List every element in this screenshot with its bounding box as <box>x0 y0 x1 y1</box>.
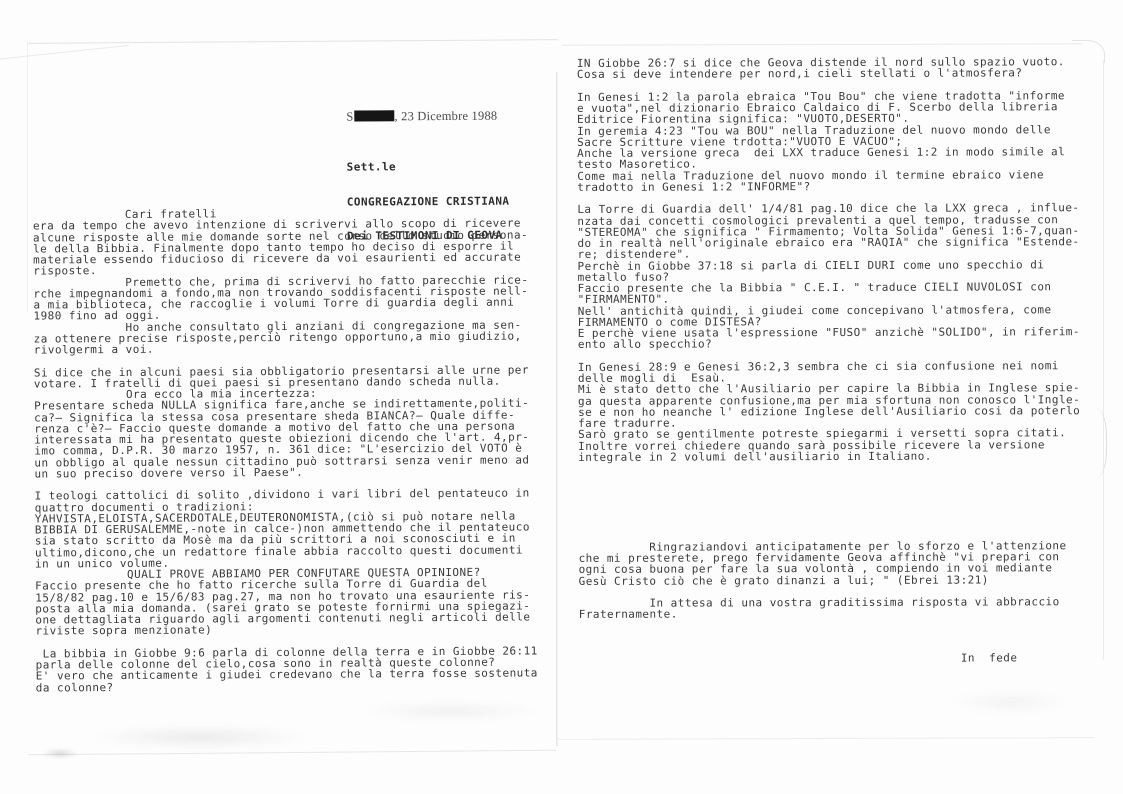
recipient-line-salutation: Sett.le <box>347 161 510 173</box>
sender-location-initial: S <box>346 110 353 124</box>
letter-page-2: IN Giobbe 26:7 si dice che Geova distend… <box>559 0 1123 794</box>
letter-body-page-2: IN Giobbe 26:7 si dice che Geova distend… <box>577 56 1081 665</box>
redaction-box <box>354 110 394 121</box>
letter-page-1: S, 23 Dicembre 1988 Sett.le CONGREGAZION… <box>0 0 562 794</box>
letter-date: , 23 Dicembre 1988 <box>394 109 497 124</box>
recipient-line-organization: CONGREGAZIONE CRISTIANA <box>347 195 510 207</box>
sender-location-date: S, 23 Dicembre 1988 <box>346 109 497 125</box>
scanned-letter-canvas: S, 23 Dicembre 1988 Sett.le CONGREGAZION… <box>0 0 1123 794</box>
letter-body-page-1: Cari fratelli era da tempo che avevo int… <box>33 206 538 693</box>
